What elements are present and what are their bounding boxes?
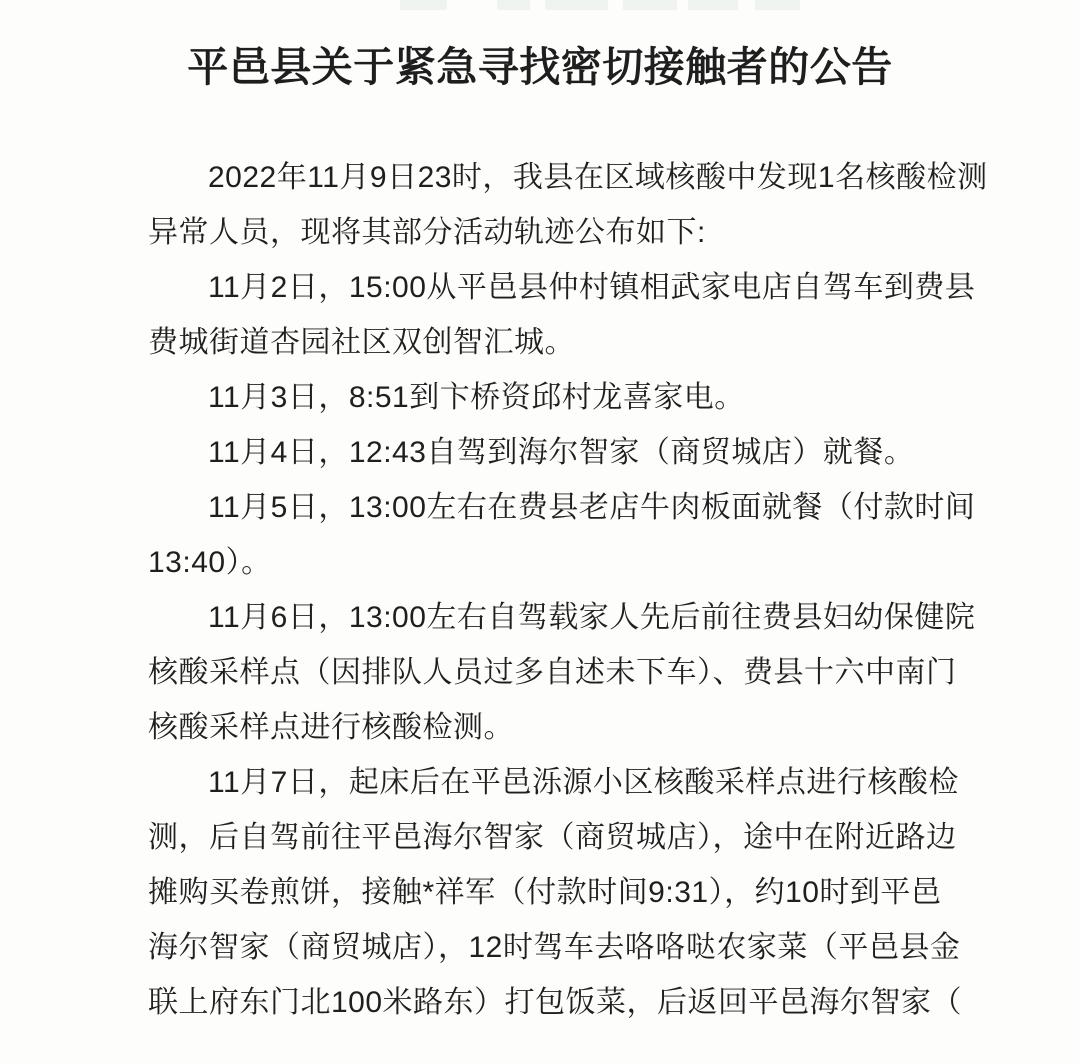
text-line: 摊购买卷煎饼，接触*祥军（付款时间9:31），约10时到平邑 [148,865,1028,920]
announcement-body: 2022年11月9日23时，我县在区域核酸中发现1名核酸检测 异常人员，现将其部… [148,150,1028,1030]
text-line: 海尔智家（商贸城店），12时驾车去咯咯哒农家菜（平邑县金 [148,920,1028,975]
text-line: 2022年11月9日23时，我县在区域核酸中发现1名核酸检测 [148,150,1028,205]
text-line: 测，后自驾前往平邑海尔智家（商贸城店），途中在附近路边 [148,810,1028,865]
text-line: 核酸采样点进行核酸检测。 [148,700,1028,755]
paragraph-intro: 2022年11月9日23时，我县在区域核酸中发现1名核酸检测 异常人员，现将其部… [148,150,1028,260]
text-line: 联上府东门北100米路东）打包饭菜，后返回平邑海尔智家（ [148,975,1028,1030]
paragraph-nov2: 11月2日，15:00从平邑县仲村镇相武家电店自驾车到费县 费城街道杏园社区双创… [148,260,1028,370]
text-line: 异常人员，现将其部分活动轨迹公布如下: [148,205,1028,260]
text-line: 11月7日，起床后在平邑泺源小区核酸采样点进行核酸检 [148,755,1028,810]
text-line: 13:40）。 [148,535,1028,590]
text-line: 11月5日，13:00左右在费县老店牛肉板面就餐（付款时间 [148,480,1028,535]
text-line: 11月4日，12:43自驾到海尔智家（商贸城店）就餐。 [148,425,1028,480]
paragraph-nov6: 11月6日，13:00左右自驾载家人先后前往费县妇幼保健院 核酸采样点（因排队人… [148,590,1028,755]
text-line: 11月6日，13:00左右自驾载家人先后前往费县妇幼保健院 [148,590,1028,645]
cropped-text-remnant [0,0,1080,12]
text-line: 11月3日，8:51到卞桥资邱村龙喜家电。 [148,370,1028,425]
paragraph-nov4: 11月4日，12:43自驾到海尔智家（商贸城店）就餐。 [148,425,1028,480]
text-line: 核酸采样点（因排队人员过多自述未下车）、费县十六中南门 [148,645,1028,700]
paragraph-nov5: 11月5日，13:00左右在费县老店牛肉板面就餐（付款时间 13:40）。 [148,480,1028,590]
announcement-page: 平邑县关于紧急寻找密切接触者的公告 2022年11月9日23时，我县在区域核酸中… [0,0,1080,1064]
text-line: 费城街道杏园社区双创智汇城。 [148,315,1028,370]
page-title: 平邑县关于紧急寻找密切接触者的公告 [0,40,1080,94]
text-line: 11月2日，15:00从平邑县仲村镇相武家电店自驾车到费县 [148,260,1028,315]
paragraph-nov7: 11月7日，起床后在平邑泺源小区核酸采样点进行核酸检 测，后自驾前往平邑海尔智家… [148,755,1028,1030]
paragraph-nov3: 11月3日，8:51到卞桥资邱村龙喜家电。 [148,370,1028,425]
